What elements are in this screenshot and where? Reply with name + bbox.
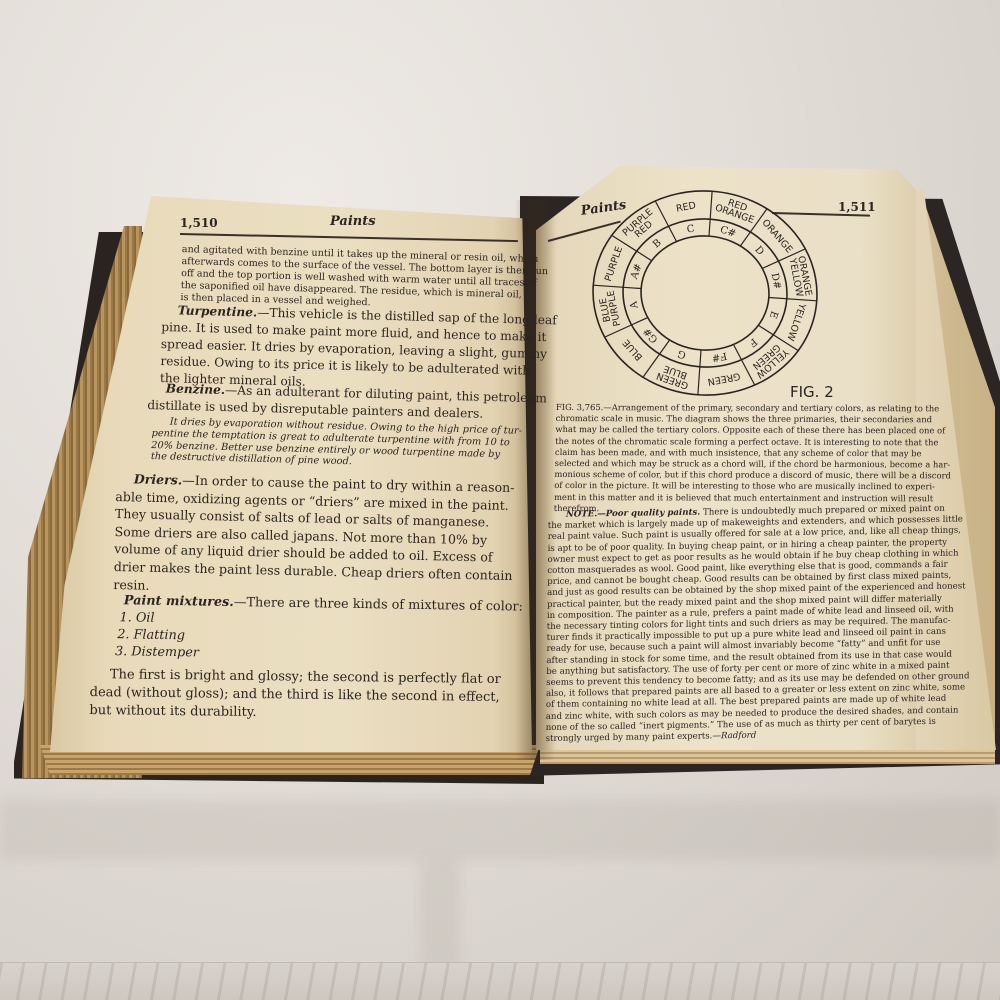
figure-caption: FIG. 3,765.—Arrangement of the primary, …: [554, 402, 953, 515]
page-number-left: 1,510: [180, 216, 218, 230]
wheel-color-label: ORANGEYELLOW: [786, 255, 813, 299]
running-head-left: Paints: [330, 214, 376, 229]
page-number-right: 1,511: [838, 200, 876, 214]
wheel-color-label: GREEN: [707, 370, 742, 387]
cloth-fold: [420, 860, 460, 970]
wheel-note-label: E: [767, 309, 780, 319]
cloth-fold: [0, 800, 1000, 860]
mixtures-explanation: The first is bright and glossy; the seco…: [89, 666, 501, 725]
figure-label: FIG. 2: [790, 383, 834, 401]
wheel-note-label: C: [686, 223, 696, 235]
wheel-color-label: REDORANGE: [713, 194, 758, 226]
driers-paragraph: Driers.—In order to cause the paint to d…: [113, 470, 515, 602]
wheel-color-label: BLUEPURPLE: [597, 289, 624, 328]
driers-heading: Driers.: [134, 471, 183, 487]
wheel-note-label: D: [752, 244, 766, 257]
note-heading: NOTE.—Poor quality paints.: [566, 508, 700, 520]
wheel-note-label: F: [746, 336, 758, 349]
wheel-note-label: G: [676, 347, 687, 360]
text-line: of color in the picture. It will be inte…: [554, 480, 951, 493]
benzine-note: It dries by evaporation without residue.…: [151, 416, 522, 473]
cloth-fringe: [0, 962, 1000, 1000]
wheel-note-label: A: [628, 299, 641, 310]
wheel-color-label: BLUE: [621, 337, 645, 363]
wheel-note-label: B: [651, 237, 664, 250]
text-line: strongly urged by many paint experts.: [546, 731, 713, 744]
wheel-color-label: RED: [675, 200, 697, 215]
paint-mixtures-heading: Paint mixtures.: [124, 593, 234, 610]
note-poor-quality-paints: NOTE.—Poor quality paints. There is undo…: [546, 503, 972, 745]
text-line: ment in this matter and it is believed t…: [554, 492, 951, 505]
wheel-color-label: PURPLE: [603, 245, 625, 283]
color-music-wheel: REDREDORANGEORANGEORANGEYELLOWYELLOWYELL…: [583, 180, 827, 406]
wheel-note-label: F#: [711, 350, 728, 364]
text-line: —There are three kinds of mixtures of co…: [234, 595, 523, 615]
paint-mixtures-paragraph: Paint mixtures.—There are three kinds of…: [105, 592, 523, 667]
benzine-heading: Benzine.: [166, 381, 226, 397]
wheel-color-label: YELLOW: [784, 301, 808, 343]
attribution: —Radford: [712, 731, 756, 742]
text-line: what may be called the tertiary colors. …: [555, 424, 952, 437]
wheel-note-label: D#: [769, 272, 783, 290]
turpentine-heading: Turpentine.: [178, 303, 258, 319]
